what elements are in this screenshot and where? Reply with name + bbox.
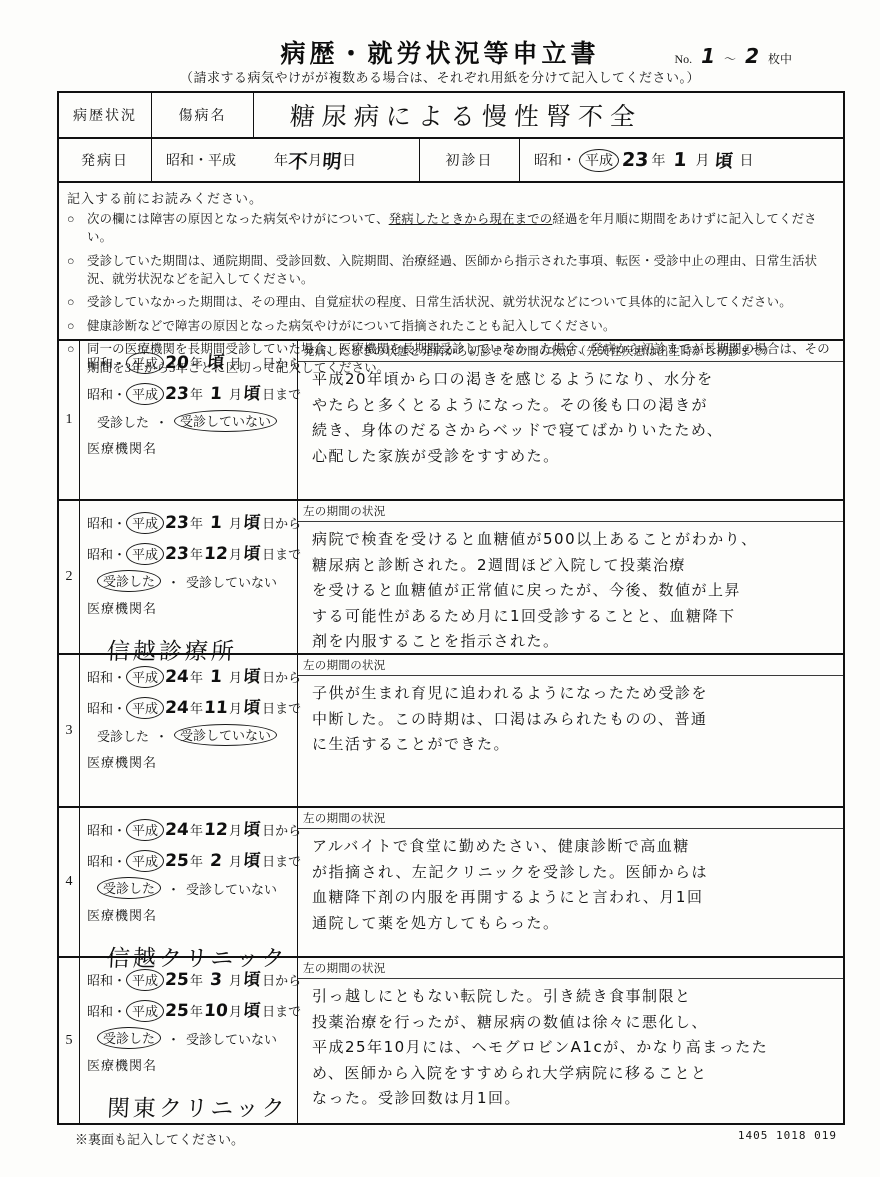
instruction-item-3: ○ 受診していなかった期間は、その理由、自覚症状の程度、日常生活状況、就労状況な… (67, 293, 833, 311)
period-cell: 昭和・平成23年1月頃日から 昭和・平成23年12月頃日まで 受診した ・ 受診… (80, 501, 298, 653)
period-cell: 昭和・平成25年3月頃日から 昭和・平成25年10月頃日まで 受診した ・ 受診… (80, 958, 298, 1123)
era-prefix: 昭和・ (87, 544, 126, 563)
history-row: 1 昭和・平成20年頃月日から 昭和・平成23年1月頃日まで 受診した ・ 受診… (59, 341, 843, 501)
visited-option: 受診した (97, 877, 161, 899)
onset-date-label: 発病日 (59, 139, 152, 181)
to-approx-handwriting: 頃 (241, 693, 263, 718)
institution-name-label: 医療機関名 (87, 598, 295, 617)
era-circled-heisei: 平成 (126, 352, 164, 374)
visited-option: 受診した (97, 570, 161, 592)
period-cell: 昭和・平成24年12月頃日から 昭和・平成25年2月頃日まで 受診した ・ 受診… (80, 808, 298, 956)
from-month-value: 1 (202, 667, 229, 687)
first-visit-day-suffix: 日 (739, 150, 753, 170)
onset-month-handwriting: 不 (287, 147, 309, 174)
era-prefix: 昭和・ (87, 1001, 126, 1020)
to-month-value: 1 (202, 384, 229, 404)
instruction-item-4: ○ 健康診断などで障害の原因となった病気やけがについて指摘されたことも記入してく… (67, 317, 833, 335)
period-from-line: 昭和・平成20年頃月日から (87, 348, 295, 374)
from-year-value: 25 (163, 970, 190, 990)
period-cell: 昭和・平成24年1月頃日から 昭和・平成24年11月頃日まで 受診した ・ 受診… (80, 655, 298, 806)
visited-option: 受診した (97, 1027, 161, 1049)
underlined-phrase: 発病したときから現在までの (389, 212, 553, 226)
onset-date-field: 昭和・平成 年 不 月 明 日 (152, 139, 420, 181)
visited-option: 受診した (97, 412, 149, 431)
to-month-value: 11 (202, 698, 229, 718)
from-approx-handwriting: 頃 (241, 662, 263, 687)
era-circled-heisei: 平成 (126, 1000, 164, 1022)
not-visited-option: 受診していない (186, 1029, 277, 1048)
status-text-handwriting: 病院で検査を受けると血糖値が500以上あることがわかり、 糖尿病と診断された。2… (298, 522, 843, 655)
onset-era-label: 昭和・平成 (166, 150, 236, 170)
from-approx-handwriting: 頃 (241, 965, 263, 990)
instruction-item-1: ○ 次の欄には障害の原因となった病気やけがについて、発病したときから現在までの経… (67, 210, 833, 247)
to-approx-handwriting: 頃 (241, 379, 263, 404)
from-month-value: 3 (202, 970, 229, 990)
circle-bullet-icon: ○ (67, 210, 87, 247)
era-circled-heisei: 平成 (126, 850, 164, 872)
row-number: 2 (59, 501, 80, 653)
from-year-value: 24 (163, 820, 190, 840)
disease-name-row: 病歴状況 傷病名 糖尿病による慢性腎不全 (59, 93, 843, 139)
row-number: 5 (59, 958, 80, 1123)
to-month-value: 10 (202, 1001, 229, 1021)
onset-day-handwriting: 明 (321, 147, 343, 174)
option-separator-dot: ・ (155, 726, 168, 745)
first-visit-month-suffix: 月 (695, 150, 709, 170)
to-year-value: 24 (163, 698, 190, 718)
first-visit-year-suffix: 年 (651, 150, 665, 170)
no-label: No. (674, 52, 692, 67)
option-separator-dot: ・ (167, 1029, 180, 1048)
to-approx-handwriting: 頃 (241, 539, 263, 564)
status-text-handwriting: 引っ越しにともない転院した。引き続き食事制限と 投薬治療を行ったが、糖尿病の数値… (298, 979, 843, 1112)
reverse-side-note: ※裏面も記入してください。 (57, 1129, 244, 1148)
disease-name-label: 傷病名 (152, 93, 254, 137)
to-year-value: 25 (163, 851, 190, 871)
first-visit-label: 初診日 (420, 139, 520, 181)
onset-date-row: 発病日 昭和・平成 年 不 月 明 日 初診日 昭和・ 平成 23 年 1 月 … (59, 139, 843, 183)
period-from-line: 昭和・平成24年12月頃日から (87, 815, 295, 841)
status-header: 発病したときの状態と発病から初診までの間の状況（先天性疾患は出生時から初診まで） (298, 341, 843, 362)
form-code: 1405 1018 019 (738, 1129, 845, 1142)
instruction-item-2: ○ 受診していた期間は、通院期間、受診回数、入院期間、治療経過、医師から指示され… (67, 252, 833, 289)
period-to-line: 昭和・平成25年2月頃日まで (87, 846, 295, 872)
period-to-line: 昭和・平成24年11月頃日まで (87, 693, 295, 719)
to-year-value: 23 (163, 544, 190, 564)
era-prefix: 昭和・ (87, 820, 126, 839)
sheet-number-separator: 〜 (724, 50, 736, 67)
institution-name-label: 医療機関名 (87, 752, 295, 771)
era-prefix: 昭和・ (87, 667, 126, 686)
institution-name-value: 信越診療所 (86, 633, 296, 666)
period-to-line: 昭和・平成23年1月頃日まで (87, 379, 295, 405)
not-visited-option: 受診していない (186, 879, 277, 898)
first-visit-field: 昭和・ 平成 23 年 1 月 頃 日 (520, 139, 843, 181)
not-visited-option: 受診していない (174, 410, 277, 432)
option-separator-dot: ・ (155, 412, 168, 431)
history-row: 3 昭和・平成24年1月頃日から 昭和・平成24年11月頃日まで 受診した ・ … (59, 655, 843, 808)
instructions-box: 記入する前にお読みください。 ○ 次の欄には障害の原因となった病気やけがについて… (59, 183, 843, 341)
era-prefix: 昭和・ (87, 513, 126, 532)
status-text-handwriting: 平成20年頃から口の渇きを感じるようになり、水分を やたらと多くとるようになった… (298, 362, 843, 469)
institution-name-value: 関東クリニック (86, 1090, 296, 1123)
from-year-value: 24 (163, 667, 190, 687)
history-row: 4 昭和・平成24年12月頃日から 昭和・平成25年2月頃日まで 受診した ・ … (59, 808, 843, 958)
visit-status-line: 受診した ・ 受診していない (97, 410, 295, 432)
first-visit-era-circled: 平成 (579, 149, 619, 172)
to-year-value: 25 (163, 1001, 190, 1021)
era-circled-heisei: 平成 (126, 512, 164, 534)
instruction-item-1-text: 次の欄には障害の原因となった病気やけがについて、発病したときから現在までの経過を… (87, 210, 833, 247)
to-approx-handwriting: 頃 (241, 846, 263, 871)
institution-name-label: 医療機関名 (87, 438, 295, 457)
sheet-number-value: 1 (701, 44, 715, 68)
status-text-handwriting: 子供が生まれ育児に追われるようになったため受診を 中断した。この時期は、口渇はみ… (298, 676, 843, 758)
period-to-line: 昭和・平成23年12月頃日まで (87, 539, 295, 565)
sheet-suffix: 枚中 (768, 50, 792, 67)
status-header: 左の期間の状況 (298, 501, 843, 522)
status-cell: 左の期間の状況 病院で検査を受けると血糖値が500以上あることがわかり、 糖尿病… (298, 501, 843, 653)
onset-year-suffix: 年 (274, 150, 288, 170)
from-year-value: 23 (163, 513, 190, 533)
period-to-line: 昭和・平成25年10月頃日まで (87, 996, 295, 1022)
era-circled-heisei: 平成 (126, 383, 164, 405)
era-prefix: 昭和・ (87, 353, 126, 372)
from-approx-handwriting: 頃 (241, 815, 263, 840)
era-circled-heisei: 平成 (126, 666, 164, 688)
first-visit-year-value: 23 (621, 149, 649, 171)
history-status-label: 病歴状況 (59, 93, 152, 137)
first-visit-month-value: 1 (668, 149, 694, 171)
era-prefix: 昭和・ (87, 698, 126, 717)
row-number: 4 (59, 808, 80, 956)
form-footer: ※裏面も記入してください。 1405 1018 019 (57, 1129, 845, 1148)
row-number: 3 (59, 655, 80, 806)
status-cell: 左の期間の状況 アルバイトで食堂に勤めたさい、健康診断で高血糖 が指摘され、左記… (298, 808, 843, 956)
from-month-value: 頃 (202, 348, 230, 373)
status-cell: 左の期間の状況 子供が生まれ育児に追われるようになったため受診を 中断した。この… (298, 655, 843, 806)
disease-name-value: 糖尿病による慢性腎不全 (289, 97, 643, 133)
history-row: 5 昭和・平成25年3月頃日から 昭和・平成25年10月頃日まで 受診した ・ … (59, 958, 843, 1123)
visit-status-line: 受診した ・ 受診していない (97, 570, 295, 592)
from-approx-handwriting: 頃 (241, 508, 263, 533)
not-visited-option: 受診していない (174, 724, 277, 746)
history-row: 2 昭和・平成23年1月頃日から 昭和・平成23年12月頃日まで 受診した ・ … (59, 501, 843, 655)
option-separator-dot: ・ (167, 572, 180, 591)
option-separator-dot: ・ (167, 879, 180, 898)
to-year-value: 23 (163, 384, 190, 404)
disease-name-field: 糖尿病による慢性腎不全 (254, 93, 843, 137)
status-cell: 左の期間の状況 引っ越しにともない転院した。引き続き食事制限と 投薬治療を行った… (298, 958, 843, 1123)
period-cell: 昭和・平成20年頃月日から 昭和・平成23年1月頃日まで 受診した ・ 受診して… (80, 341, 298, 499)
status-header: 左の期間の状況 (298, 808, 843, 829)
from-month-value: 12 (202, 820, 229, 840)
status-header: 左の期間の状況 (298, 655, 843, 676)
era-circled-heisei: 平成 (126, 819, 164, 841)
history-rows: 1 昭和・平成20年頃月日から 昭和・平成23年1月頃日まで 受診した ・ 受診… (59, 341, 843, 1123)
institution-name-label: 医療機関名 (87, 1055, 295, 1074)
sheet-total-value: 2 (745, 44, 759, 68)
era-prefix: 昭和・ (87, 384, 126, 403)
to-approx-handwriting: 頃 (241, 996, 263, 1021)
status-text-handwriting: アルバイトで食堂に勤めたさい、健康診断で高血糖 が指摘され、左記クリニックを受診… (298, 829, 843, 936)
visited-option: 受診した (97, 726, 149, 745)
period-from-line: 昭和・平成23年1月頃日から (87, 508, 295, 534)
to-month-value: 12 (202, 544, 229, 564)
institution-name-value: 信越クリニック (86, 940, 296, 973)
visit-status-line: 受診した ・ 受診していない (97, 877, 295, 899)
circle-bullet-icon: ○ (67, 317, 87, 335)
status-header: 左の期間の状況 (298, 958, 843, 979)
first-visit-approx-handwriting: 頃 (712, 147, 738, 173)
visit-status-line: 受診した ・ 受診していない (97, 724, 295, 746)
form-frame: 病歴状況 傷病名 糖尿病による慢性腎不全 発病日 昭和・平成 年 不 月 明 日… (57, 91, 845, 1125)
status-cell: 発病したときの状態と発病から初診までの間の状況（先天性疾患は出生時から初診まで）… (298, 341, 843, 499)
row-number: 1 (59, 341, 80, 499)
era-circled-heisei: 平成 (126, 697, 164, 719)
visit-status-line: 受診した ・ 受診していない (97, 1027, 295, 1049)
era-circled-heisei: 平成 (126, 543, 164, 565)
circle-bullet-icon: ○ (67, 252, 87, 289)
sheet-number: No. 1 〜 2 枚中 (674, 44, 792, 68)
from-year-value: 20 (163, 353, 190, 373)
to-month-value: 2 (202, 851, 229, 871)
institution-name-label: 医療機関名 (87, 905, 295, 924)
form-header: 病歴・就労状況等申立書 No. 1 〜 2 枚中 (0, 0, 880, 62)
circle-bullet-icon: ○ (67, 293, 87, 311)
first-visit-era-prefix: 昭和・ (534, 150, 576, 170)
not-visited-option: 受診していない (186, 572, 277, 591)
era-prefix: 昭和・ (87, 851, 126, 870)
onset-month-suffix: 月 (308, 150, 322, 170)
instructions-heading: 記入する前にお読みください。 (67, 188, 833, 207)
medical-history-form: 病歴・就労状況等申立書 No. 1 〜 2 枚中 （請求する病気やけがが複数ある… (0, 0, 880, 1177)
from-month-value: 1 (202, 513, 229, 533)
onset-day-suffix: 日 (342, 150, 356, 170)
